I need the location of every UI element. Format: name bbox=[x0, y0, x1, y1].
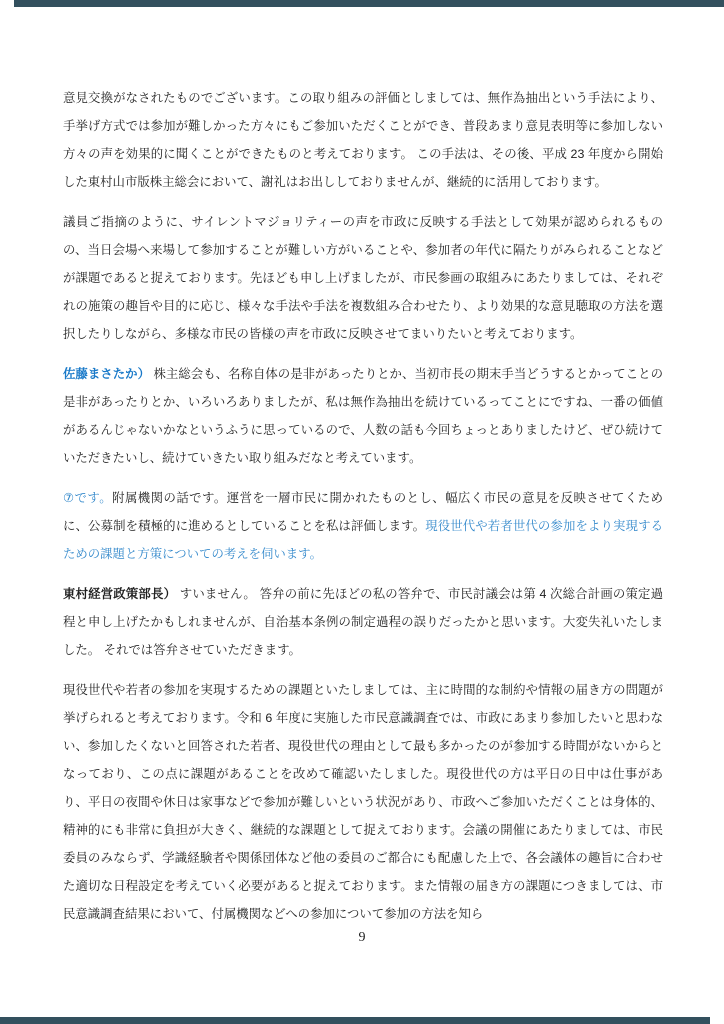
paragraph: 現役世代や若者の参加を実現するための課題といたしましては、主に時間的な制約や情報… bbox=[63, 676, 663, 928]
page-bottom-edge-bar bbox=[0, 1017, 710, 1024]
text-segment-body: 現役世代や若者の参加を実現するための課題といたしましては、主に時間的な制約や情報… bbox=[63, 683, 663, 921]
paragraph: 佐藤まさたか） 株主総会も、名称自体の是非があったりとか、当初市長の期末手当どう… bbox=[63, 360, 663, 472]
text-segment-blue: ⑦です。 bbox=[63, 491, 112, 505]
text-segment-body: 意見交換がなされたものでございます。この取り組みの評価としましては、無作為抽出と… bbox=[63, 91, 663, 189]
document-page: 意見交換がなされたものでございます。この取り組みの評価としましては、無作為抽出と… bbox=[0, 0, 724, 1024]
page-number: 9 bbox=[0, 930, 724, 946]
paragraph: ⑦です。附属機関の話です。運営を一層市民に開かれたものとし、幅広く市民の意見を反… bbox=[63, 484, 663, 568]
paragraph: 東村経営政策部長） すいません。 答弁の前に先ほどの私の答弁で、市民討議会は第 … bbox=[63, 580, 663, 664]
text-segment-speaker_blue: 佐藤まさたか） bbox=[63, 367, 150, 381]
document-body: 意見交換がなされたものでございます。この取り組みの評価としましては、無作為抽出と… bbox=[63, 84, 663, 940]
page-top-edge-bar bbox=[14, 0, 724, 7]
text-segment-body: 株主総会も、名称自体の是非があったりとか、当初市長の期末手当どうするとかってこと… bbox=[63, 367, 663, 465]
text-segment-speaker_bold: 東村経営政策部長） bbox=[63, 587, 176, 601]
paragraph: 議員ご指摘のように、サイレントマジョリティーの声を市政に反映する手法として効果が… bbox=[63, 208, 663, 348]
text-segment-body: 議員ご指摘のように、サイレントマジョリティーの声を市政に反映する手法として効果が… bbox=[63, 215, 663, 341]
paragraph: 意見交換がなされたものでございます。この取り組みの評価としましては、無作為抽出と… bbox=[63, 84, 663, 196]
